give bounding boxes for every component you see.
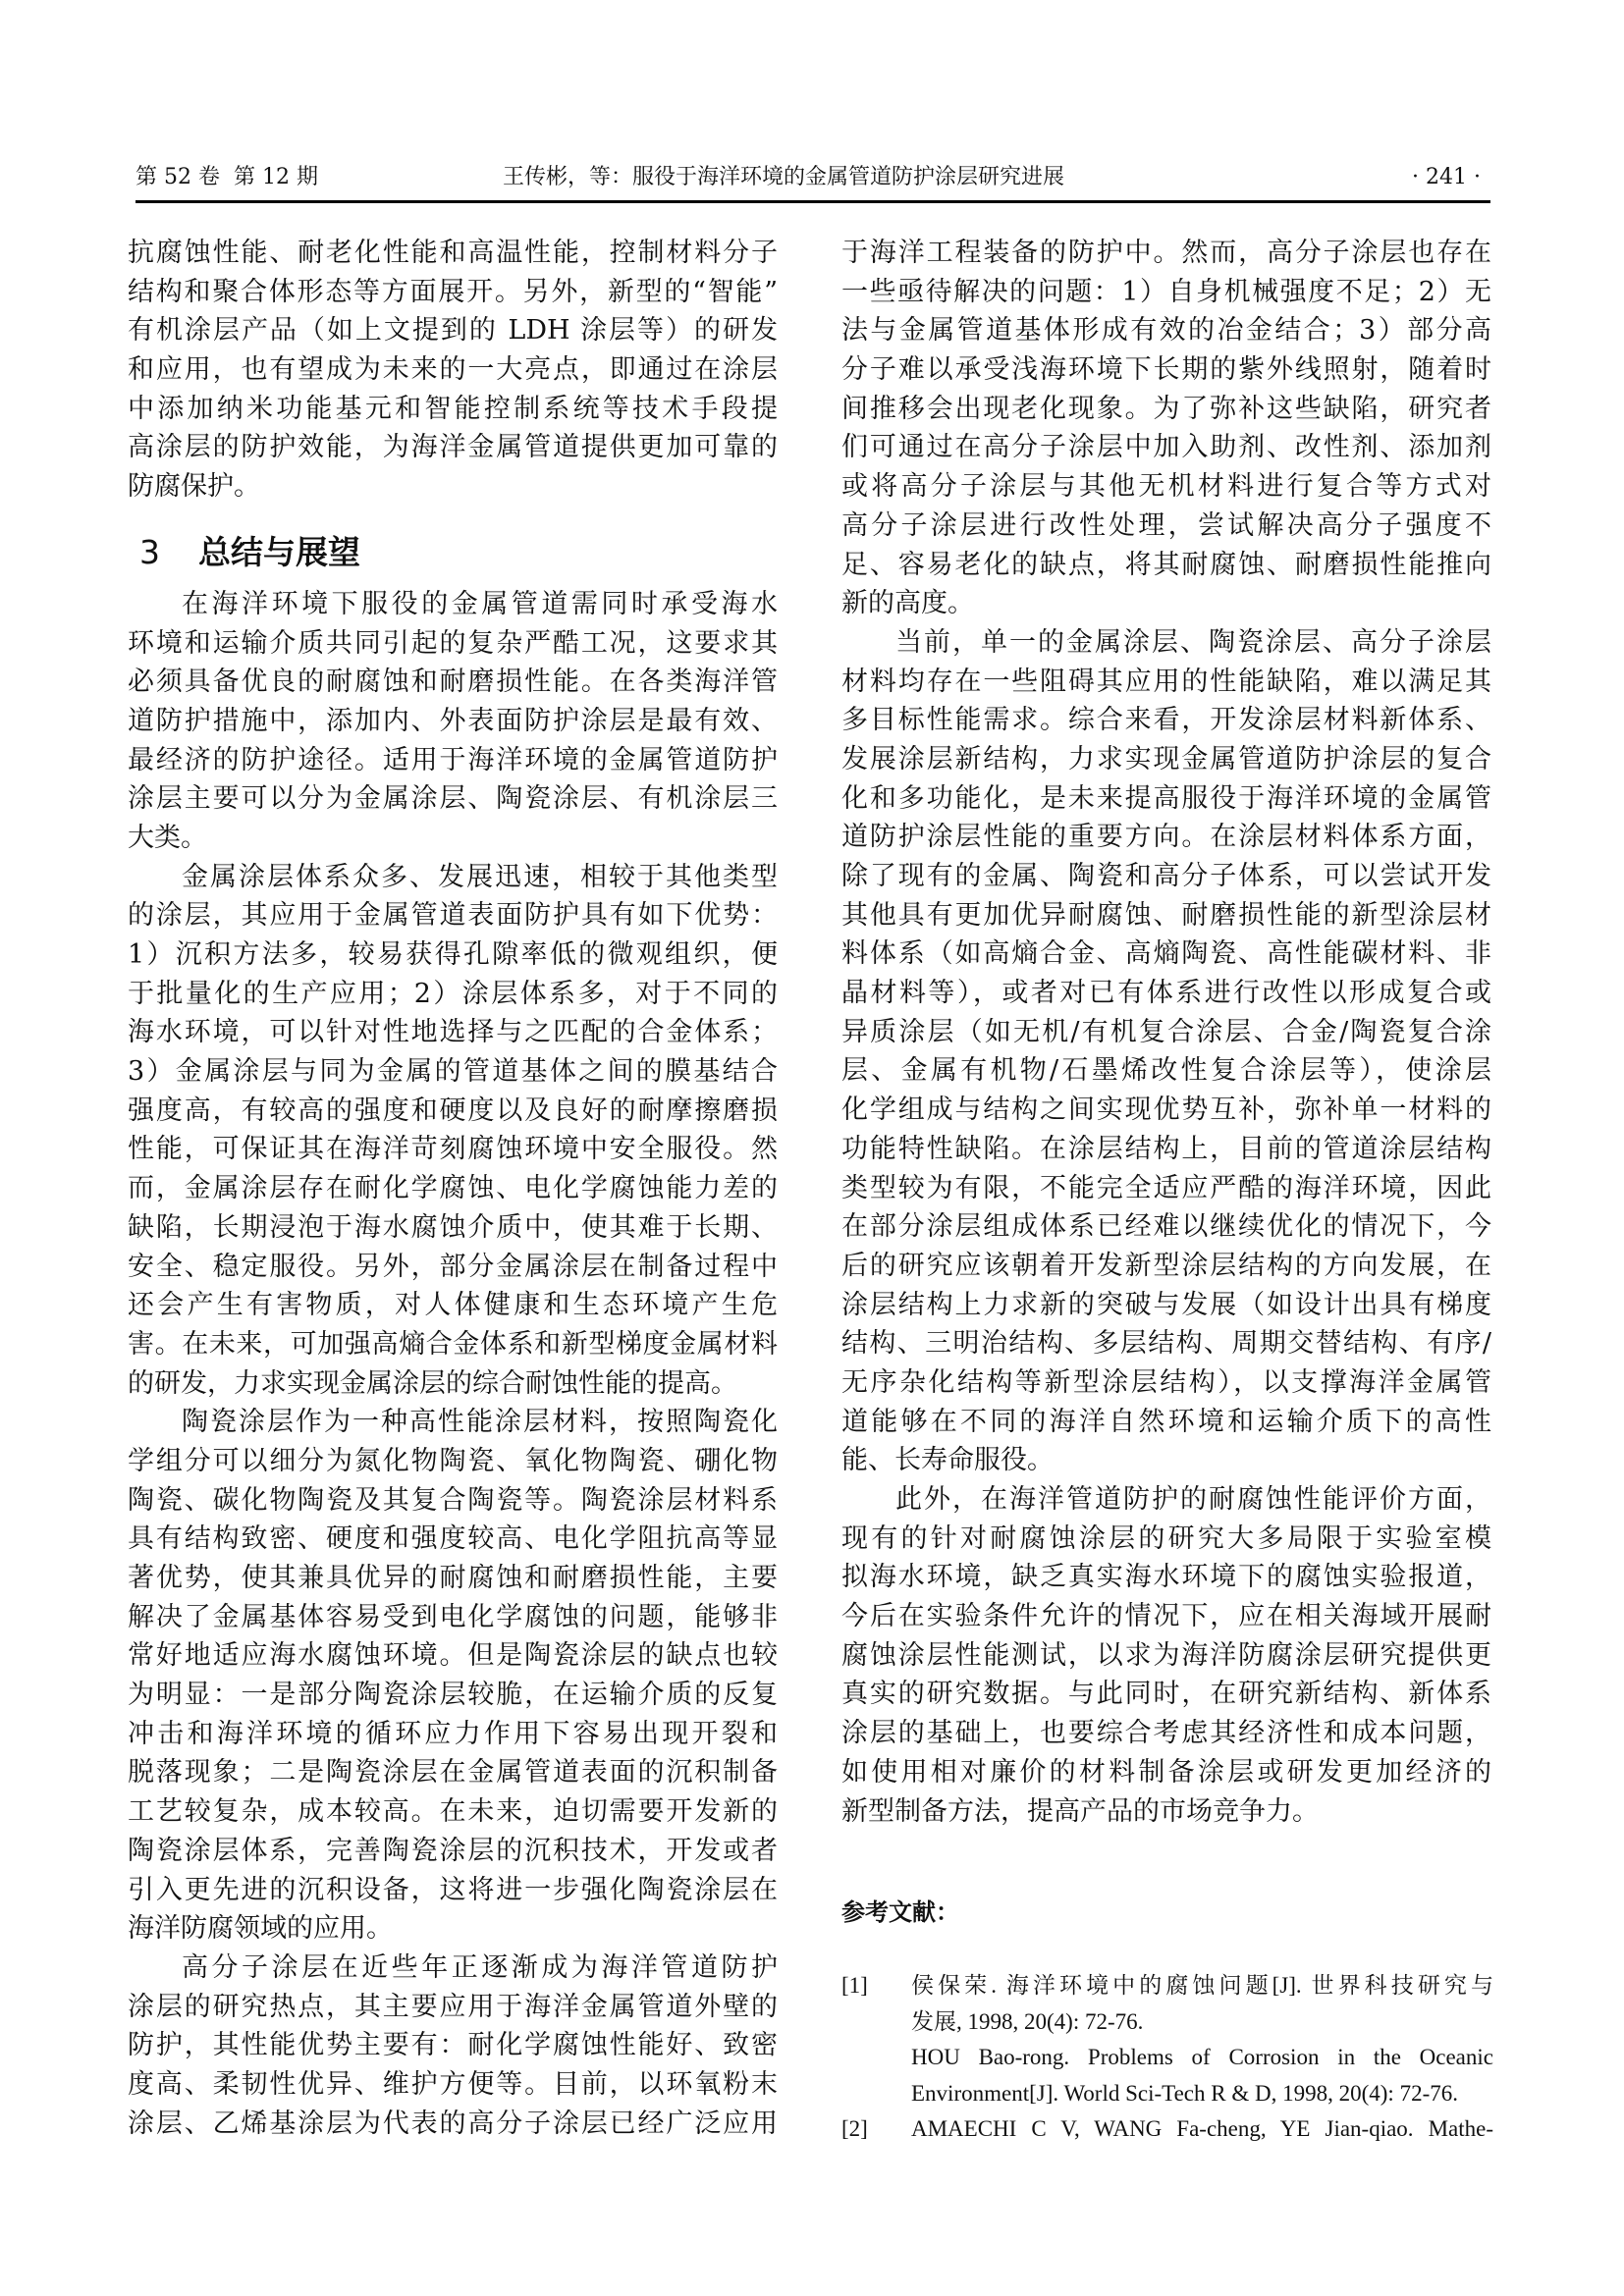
paragraph-polymer-continued: 于海洋工程装备的防护中。然而，高分子涂层也存在 一些亟待解决的问题：1）自身机械… [841,234,1491,623]
text-line: 此外，在海洋管道防护的耐腐蚀性能评价方面， [841,1480,1491,1520]
paragraph-polymer-coatings: 高分子涂层在近些年正逐渐成为海洋管道防护 涂层的研究热点，其主要应用于海洋金属管… [128,1949,778,2143]
text-line: 引入更先进的沉积设备，这将进一步强化陶瓷涂层在 [128,1871,778,1910]
reference-number: [2] [841,2111,868,2148]
text-line: 还会产生有害物质，对人体健康和生态环境产生危 [128,1286,778,1325]
text-line: 能、长寿命服役。 [841,1441,1491,1480]
text-line: 最经济的防护途径。适用于海洋环境的金属管道防护 [128,741,778,780]
journal-volume-issue: 第 52 卷 第 12 期 [135,161,318,194]
text-line: 有机涂层产品（如上文提到的 LDH 涂层等）的研发 [128,311,778,350]
text-line: 度高、柔韧性优异、维护方便等。目前，以环氧粉末 [128,2065,778,2105]
text-line: 高分子涂层在近些年正逐渐成为海洋管道防护 [128,1949,778,1988]
text-line: 化学组成与结构之间实现优势互补，弥补单一材料的 [841,1091,1491,1130]
text-line: 性能，可保证其在海洋苛刻腐蚀环境中安全服役。然 [128,1130,778,1169]
text-line: 结构和聚合体形态等方面展开。另外，新型的“智能” [128,273,778,312]
text-line: 高涂层的防护效能，为海洋金属管道提供更加可靠的 [128,428,778,467]
text-line: 新的高度。 [841,584,1491,623]
section-title: 总结与展望 [198,533,360,571]
text-line: 结构、三明治结构、多层结构、周期交替结构、有序/ [841,1324,1491,1363]
text-line: 防护，其性能优势主要有：耐化学腐蚀性能好、致密 [128,2026,778,2065]
text-line: 材料均存在一些阻碍其应用的性能缺陷，难以满足其 [841,663,1491,702]
text-line: 道能够在不同的海洋自然环境和运输介质下的高性 [841,1403,1491,1442]
reference-item: [2] AMAECHI C V, WANG Fa-cheng, YE Jian-… [841,2111,1493,2148]
reference-item: [1] 侯保荣. 海洋环境中的腐蚀问题[J]. 世界科技研究与 发展, 1998… [841,1968,1493,2111]
left-column: 抗腐蚀性能、耐老化性能和高温性能，控制材料分子 结构和聚合体形态等方面展开。另外… [128,234,778,2143]
text-line: 拟海水环境，缺乏真实海水环境下的腐蚀实验报道， [841,1558,1491,1597]
text-line: 的研发，力求实现金属涂层的综合耐蚀性能的提高。 [128,1364,778,1404]
text-line: 真实的研究数据。与此同时，在研究新结构、新体系 [841,1675,1491,1714]
text-line: 发展涂层新结构，力求实现金属管道防护涂层的复合 [841,740,1491,779]
reference-number: [1] [841,1968,868,2004]
text-line: 类型较为有限，不能完全适应严酷的海洋环境，因此 [841,1169,1491,1208]
text-line: 海水环境，可以针对性地选择与之匹配的合金体系； [128,1013,778,1052]
text-line: 必须具备优良的耐腐蚀和耐磨损性能。在各类海洋管 [128,663,778,702]
paragraph-intro: 在海洋环境下服役的金属管道需同时承受海水 环境和运输介质共同引起的复杂严酷工况，… [128,585,778,858]
text-line: 涂层主要可以分为金属涂层、陶瓷涂层、有机涂层三 [128,779,778,819]
text-line: 高分子涂层进行改性处理，尝试解决高分子强度不 [841,507,1491,546]
text-line: 具有结构致密、硬度和强度较高、电化学阻抗高等显 [128,1520,778,1559]
text-line: 在部分涂层组成体系已经难以继续优化的情况下，今 [841,1207,1491,1247]
text-line: 涂层的研究热点，其主要应用于海洋金属管道外壁的 [128,1988,778,2027]
text-line: 著优势，使其兼具优异的耐腐蚀和耐磨损性能，主要 [128,1559,778,1598]
text-line: 道防护措施中，添加内、外表面防护涂层是最有效、 [128,702,778,741]
paragraph-continued: 抗腐蚀性能、耐老化性能和高温性能，控制材料分子 结构和聚合体形态等方面展开。另外… [128,234,778,507]
text-line: 分子难以承受浅海环境下长期的紫外线照射，随着时 [841,350,1491,390]
text-line: 足、容易老化的缺点，将其耐腐蚀、耐磨损性能推向 [841,546,1491,585]
paragraph-ceramic-coatings: 陶瓷涂层作为一种高性能涂层材料，按照陶瓷化 学组分可以细分为氮化物陶瓷、氧化物陶… [128,1403,778,1949]
text-line: 异质涂层（如无机/有机复合涂层、合金/陶瓷复合涂 [841,1013,1491,1052]
text-line: 当前，单一的金属涂层、陶瓷涂层、高分子涂层 [841,623,1491,663]
text-line: 为明显：一是部分陶瓷涂层较脆，在运输介质的反复 [128,1676,778,1715]
text-line: 们可通过在高分子涂层中加入助剂、改性剂、添加剂 [841,428,1491,467]
text-line: 学组分可以细分为氮化物陶瓷、氧化物陶瓷、硼化物 [128,1442,778,1481]
paragraph-metal-coatings: 金属涂层体系众多、发展迅速，相较于其他类型 的涂层，其应用于金属管道表面防护具有… [128,858,778,1404]
text-line: 常好地适应海水腐蚀环境。但是陶瓷涂层的缺点也较 [128,1636,778,1676]
text-line: 环境和运输介质共同引起的复杂严酷工况，这要求其 [128,624,778,664]
text-line: 除了现有的金属、陶瓷和高分子体系，可以尝试开发 [841,857,1491,896]
text-line: 1）沉积方法多，较易获得孔隙率低的微观组织，便 [128,935,778,975]
text-line: 陶瓷涂层作为一种高性能涂层材料，按照陶瓷化 [128,1403,778,1442]
paragraph-evaluation: 此外，在海洋管道防护的耐腐蚀性能评价方面， 现有的针对耐腐蚀涂层的研究大多局限于… [841,1480,1491,1831]
text-line: 腐蚀涂层性能测试，以求为海洋防腐涂层研究提供更 [841,1636,1491,1676]
text-line: 法与金属管道基体形成有效的冶金结合；3）部分高 [841,311,1491,350]
text-line: 道防护涂层性能的重要方向。在涂层材料体系方面， [841,818,1491,857]
text-line: 间推移会出现老化现象。为了弥补这些缺陷，研究者 [841,390,1491,429]
text-line: 涂层、乙烯基涂层为代表的高分子涂层已经广泛应用 [128,2105,778,2144]
text-line: 化和多功能化，是未来提高服役于海洋环境的金属管 [841,779,1491,819]
text-line: 3）金属涂层与同为金属的管道基体之间的膜基结合 [128,1052,778,1092]
text-line: 强度高，有较高的强度和硬度以及良好的耐摩擦磨损 [128,1092,778,1131]
text-line: 防腐保护。 [128,467,778,507]
text-line: 金属涂层体系众多、发展迅速，相较于其他类型 [128,858,778,897]
text-line: 解决了金属基体容易受到电化学腐蚀的问题，能够非 [128,1598,778,1637]
text-line: 晶材料等），或者对已有体系进行改性以形成复合或 [841,974,1491,1013]
reference-line: Environment[J]. World Sci-Tech R & D, 19… [911,2076,1493,2112]
reference-line: 侯保荣. 海洋环境中的腐蚀问题[J]. 世界科技研究与 [911,1968,1493,2004]
text-line: 中添加纳米功能基元和智能控制系统等技术手段提 [128,390,778,429]
text-line: 抗腐蚀性能、耐老化性能和高温性能，控制材料分子 [128,234,778,273]
text-line: 工艺较复杂，成本较高。在未来，迫切需要开发新的 [128,1792,778,1832]
text-line: 害。在未来，可加强高熵合金体系和新型梯度金属材料 [128,1325,778,1364]
text-line: 现有的针对耐腐蚀涂层的研究大多局限于实验室模 [841,1520,1491,1559]
reference-line: HOU Bao-rong. Problems of Corrosion in t… [911,2040,1493,2076]
text-line: 于海洋工程装备的防护中。然而，高分子涂层也存在 [841,234,1491,273]
paragraph-outlook: 当前，单一的金属涂层、陶瓷涂层、高分子涂层 材料均存在一些阻碍其应用的性能缺陷，… [841,623,1491,1480]
text-line: 缺陷，长期浸泡于海水腐蚀介质中，使其难于长期、 [128,1208,778,1248]
text-line: 海洋防腐领域的应用。 [128,1909,778,1949]
text-line: 新型制备方法，提高产品的市场竞争力。 [841,1792,1491,1832]
text-line: 涂层结构上力求新的突破与发展（如设计出具有梯度 [841,1286,1491,1325]
text-line: 料体系（如高熵合金、高熵陶瓷、高性能碳材料、非 [841,934,1491,974]
text-line: 陶瓷涂层体系，完善陶瓷涂层的沉积技术，开发或者 [128,1832,778,1871]
references-list: [1] 侯保荣. 海洋环境中的腐蚀问题[J]. 世界科技研究与 发展, 1998… [841,1968,1493,2148]
header-rule-divider [135,200,1490,203]
text-line: 一些亟待解决的问题：1）自身机械强度不足；2）无 [841,273,1491,312]
text-line: 多目标性能需求。综合来看，开发涂层材料新体系、 [841,701,1491,740]
text-line: 层、金属有机物/石墨烯改性复合涂层等），使涂层 [841,1051,1491,1091]
text-line: 功能特性缺陷。在涂层结构上，目前的管道涂层结构 [841,1130,1491,1169]
running-head: 第 52 卷 第 12 期 王传彬，等：服役于海洋环境的金属管道防护涂层研究进展… [135,161,1490,194]
text-line: 安全、稳定服役。另外，部分金属涂层在制备过程中 [128,1248,778,1287]
text-line: 于批量化的生产应用；2）涂层体系多，对于不同的 [128,975,778,1014]
text-line: 冲击和海洋环境的循环应力作用下容易出现开裂和 [128,1715,778,1754]
text-line: 后的研究应该朝着开发新型涂层结构的方向发展，在 [841,1247,1491,1286]
text-line: 无序杂化结构等新型涂层结构），以支撑海洋金属管 [841,1363,1491,1403]
section-heading: 3总结与展望 [128,507,778,580]
text-line: 涂层的基础上，也要综合考虑其经济性和成本问题， [841,1714,1491,1753]
text-line: 陶瓷、碳化物陶瓷及其复合陶瓷等。陶瓷涂层材料系 [128,1481,778,1521]
text-line: 或将高分子涂层与其他无机材料进行复合等方式对 [841,467,1491,507]
section-number: 3 [128,528,198,577]
text-line: 和应用，也有望成为未来的一大亮点，即通过在涂层 [128,350,778,390]
text-line: 在海洋环境下服役的金属管道需同时承受海水 [128,585,778,624]
text-line: 其他具有更加优异耐腐蚀、耐磨损性能的新型涂层材 [841,896,1491,935]
reference-line: AMAECHI C V, WANG Fa-cheng, YE Jian-qiao… [911,2111,1493,2148]
text-line: 的涂层，其应用于金属管道表面防护具有如下优势： [128,896,778,935]
article-running-title: 王传彬，等：服役于海洋环境的金属管道防护涂层研究进展 [503,161,1064,194]
text-line: 大类。 [128,819,778,858]
page-number: · 241 · [1412,161,1481,194]
text-line: 脱落现象；二是陶瓷涂层在金属管道表面的沉积制备 [128,1753,778,1792]
references-heading: 参考文献： [841,1893,959,1932]
reference-line: 发展, 1998, 20(4): 72-76. [911,2004,1493,2041]
text-line: 今后在实验条件允许的情况下，应在相关海域开展耐 [841,1597,1491,1636]
right-column: 于海洋工程装备的防护中。然而，高分子涂层也存在 一些亟待解决的问题：1）自身机械… [841,234,1491,1831]
text-line: 而，金属涂层存在耐化学腐蚀、电化学腐蚀能力差的 [128,1169,778,1208]
text-line: 如使用相对廉价的材料制备涂层或研发更加经济的 [841,1753,1491,1792]
